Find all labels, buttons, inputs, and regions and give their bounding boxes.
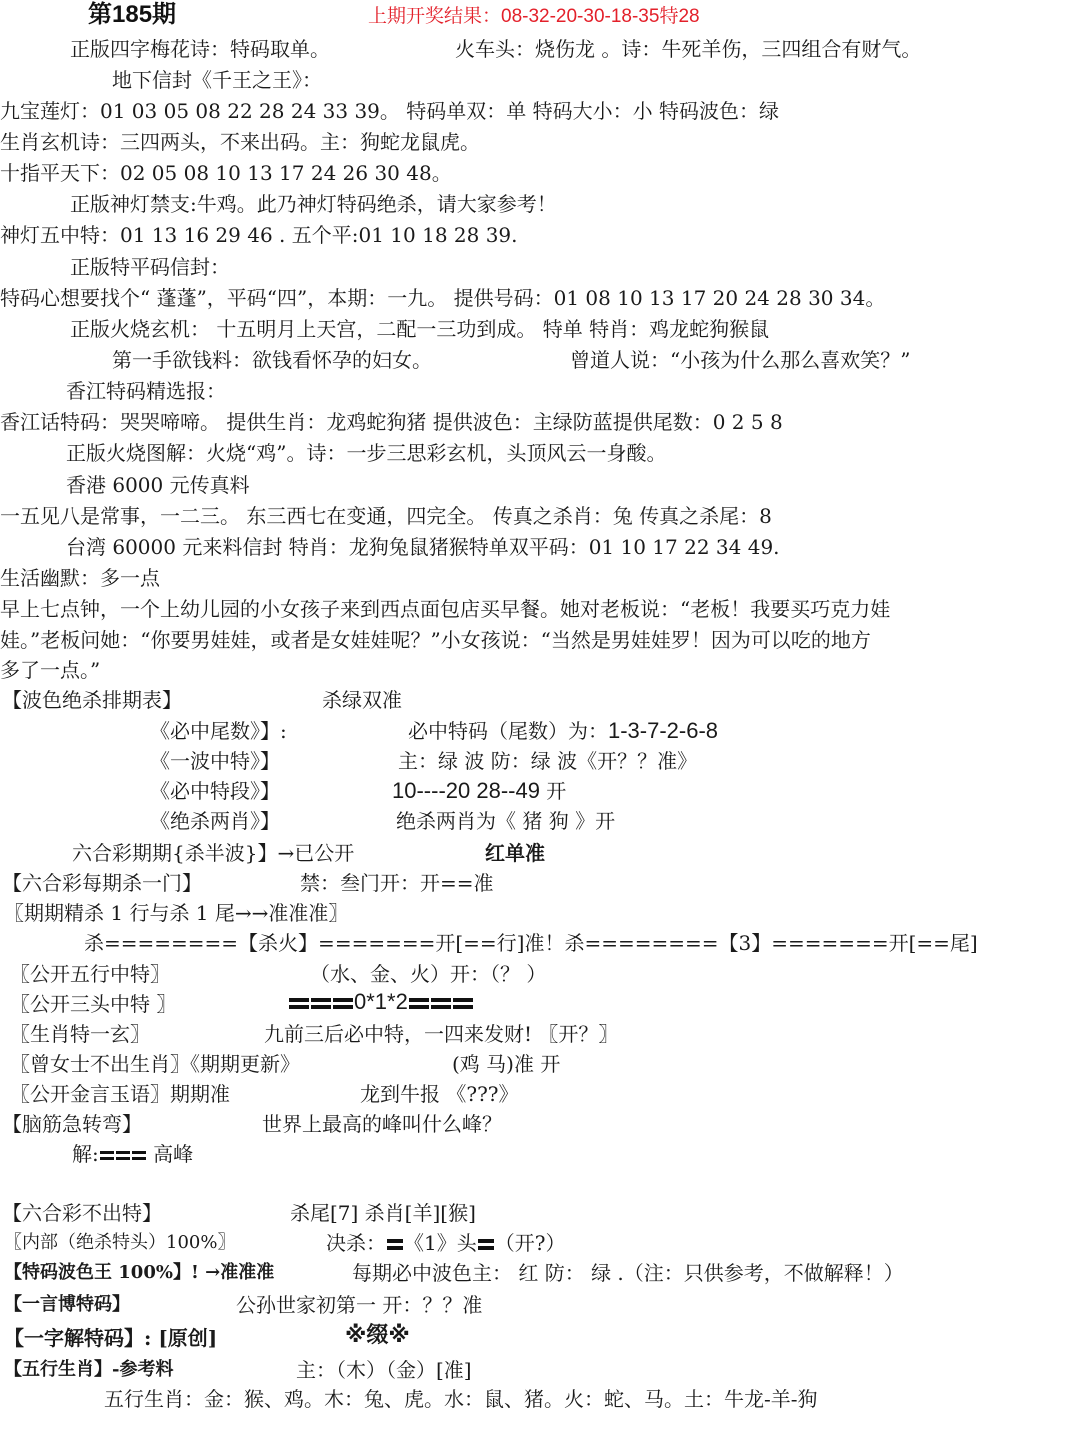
kill-line-tail: 〖期期精杀 1 行与杀 1 尾→→准准准〗 [4,900,348,926]
bar-icon [333,998,353,1009]
line-hk-fax: 香港 6000 元传真料 [66,472,250,498]
five-zodiac-label: 【五行生肖】-参考料 [4,1357,173,1383]
one-word-bet-label: 【一言博特码】 [4,1292,130,1318]
row-value-tail-text: 必中特码（尾数）为： [408,719,608,743]
line-lamp-ban: 正版神灯禁支:牛鸡。此乃神灯特码绝杀，请大家参考！ [70,191,557,217]
zodiac-mystery-value: 九前三后必中特，一四来发财! 〖开？〗 [264,1021,618,1047]
no-special-label: 【六合彩不出特】 [2,1200,162,1226]
row-label-kill-two: 《绝杀两肖》】 [150,808,280,834]
internal-kill-value: 决杀：《1》头（开?） [326,1230,565,1256]
half-wave-value: 红单准 [485,840,545,866]
wave-king-label: 【特码波色王 100%】! →准准准 [4,1260,274,1286]
one-word-bet-value: 公孙世家初第一 开：？？准 [236,1292,482,1318]
kill-door-label: 【六合彩每期杀一门】 [2,870,202,896]
riddle-answer-label: 解: [72,1142,99,1166]
line-humor-2: 娃。”老板问她：“你要男娃娃，或者是女娃娃呢？”小女孩说：“当然是男娃娃罗！因为… [0,627,871,653]
internal-kill-pre: 决杀： [326,1231,386,1255]
no-special-value: 杀尾[7] 杀肖[羊][猴] [290,1200,476,1226]
half-wave-label: 六合彩期期{杀半波}】→已公开 [72,840,354,866]
internal-kill-mid: 《1》头 [404,1231,477,1255]
five-elements-label: 〖公开五行中特〗 [10,961,170,987]
five-elements-value: （水、金、火）开：（？ ） [310,961,546,987]
line-special-heart: 特码心想要找个“ 蓬蓬”，平码“四”，本期：一九。 提供号码：01 08 10 … [0,285,885,311]
row-value-segment-numbers: 10----20 28--49 [392,778,540,803]
golden-words-value: 龙到牛报 《???》 [360,1081,519,1107]
line-humor-title: 生活幽默：多一点 [0,565,160,591]
line-taiwan: 台湾 60000 元来料信封 特肖：龙狗兔鼠猪猴特单双平码：01 10 17 2… [66,534,780,560]
golden-words-label: 〖公开金言玉语〗期期准 [10,1081,230,1107]
line-train-head: 火车头：烧伤龙 。诗：牛死羊伤，三四组合有财气。 [455,36,921,62]
row-label-tail: 《必中尾数》】: [150,718,287,744]
wave-king-value: 每期必中波色主： 红 防： 绿 .（注：只供参考，不做解释！） [352,1260,904,1286]
row-label-segment: 《必中特段》】 [150,778,280,804]
kill-door-value: 禁：叁门开：开==准 [300,870,494,896]
three-heads-value: 0*1*2 [288,989,474,1015]
three-heads-digits: 0*1*2 [354,989,408,1014]
dash-icon [132,1151,146,1160]
line-plum-poem: 正版四字梅花诗：特码取单。 [70,36,330,62]
wave-table-title: 【波色绝杀排期表】 [2,687,182,713]
line-ten-fingers: 十指平天下：02 05 08 10 13 17 24 26 30 48。 [0,160,452,186]
line-lamp-five: 神灯五中特：01 13 16 29 46 . 五个平:01 10 18 28 3… [0,222,518,248]
riddle-answer: 解: 高峰 [72,1141,193,1167]
bar-icon [431,998,451,1009]
riddle-answer-value: 高峰 [153,1142,193,1166]
line-underground-envelope: 地下信封《千王之王》： [112,67,322,93]
bar-icon [311,998,331,1009]
zodiac-mystery-label: 〖生肖特一玄〗 [10,1021,150,1047]
bar-icon [453,998,473,1009]
line-humor-1: 早上七点钟，一个上幼儿园的小女孩子来到西点面包店买早餐。她对老板说：“老板！我要… [0,596,890,622]
riddle-label: 【脑筋急转弯】 [2,1111,142,1137]
five-zodiac-main: 主：（木）（金）[准] [296,1357,472,1383]
bar-icon [478,1239,494,1250]
last-result: 上期开奖结果：08-32-20-30-18-35特28 [368,4,700,30]
kill-fire-line: 杀========【杀火】=======开[==行]准！杀========【3】… [84,930,978,956]
bar-icon [289,998,309,1009]
line-humor-3: 多了一点。” [0,657,100,683]
row-value-tail: 必中特码（尾数）为：1-3-7-2-6-8 [408,718,718,744]
row-label-one-wave: 《一波中特》】 [150,748,280,774]
line-one-five: 一五见八是常事，一二三。 东三西七在变通，四完全。 传真之杀肖：兔 传真之杀尾：… [0,503,772,529]
line-nine-lotus: 九宝莲灯：01 03 05 08 22 28 24 33 39。 特码单双：单 … [0,98,779,124]
line-xiangjiang-code: 香江话特码：哭哭啼啼。 提供生肖：龙鸡蛇狗猪 提供波色：主绿防蓝提供尾数：0 2… [0,409,783,435]
line-zeng-says: 曾道人说：“小孩为什么那么喜欢笑？” [570,347,910,373]
five-zodiac-list: 五行生肖：金：猴、鸡。木：兔、虎。水：鼠、猪。火：蛇、马。土：牛龙-羊-狗 [104,1386,818,1412]
issue-title: 第185期 [88,2,176,28]
one-char-value: ※缀※ [345,1323,410,1349]
dash-icon [100,1151,114,1160]
line-first-hand: 第一手欲钱料：欲钱看怀孕的妇女。 [112,347,432,373]
line-xiangjiang-title: 香江特码精选报： [66,378,226,404]
line-fire-mystery: 正版火烧玄机： 十五明月上天宫，二配一三功到成。 特单 特肖：鸡龙蛇狗猴鼠 [70,316,769,342]
ms-zeng-value: (鸡 马)准 开 [452,1051,560,1077]
row-value-segment: 10----20 28--49 开 [392,778,566,804]
three-heads-label: 〖公开三头中特 〗 [10,991,176,1017]
wave-table-title-right: 杀绿双准 [322,687,402,713]
row-value-kill-two: 绝杀两肖为《 猪 狗 》开 [396,808,615,834]
bar-icon [409,998,429,1009]
bar-icon [387,1239,403,1250]
line-fire-diagram: 正版火烧图解：火烧“鸡”。诗：一步三思彩玄机，头顶风云一身酸。 [66,440,666,466]
dash-icon [116,1151,130,1160]
row-value-segment-suffix: 开 [540,779,566,803]
ms-zeng-label: 〖曾女士不出生肖〗《期期更新》 [10,1051,300,1077]
line-special-envelope: 正版特平码信封： [70,254,230,280]
row-value-tail-numbers: 1-3-7-2-6-8 [608,718,718,743]
one-char-label: 【一字解特码】: [原创] [4,1325,217,1351]
riddle-question: 世界上最高的峰叫什么峰？ [262,1111,502,1137]
row-value-one-wave: 主：绿 波 防：绿 波《开？？准》 [398,748,697,774]
internal-kill-post: （开?） [495,1231,566,1255]
line-zodiac-poem: 生肖玄机诗：三四两头，不来出码。主：狗蛇龙鼠虎。 [0,129,480,155]
internal-kill-label: 〖内部（绝杀特头）100%〗 [4,1230,235,1256]
